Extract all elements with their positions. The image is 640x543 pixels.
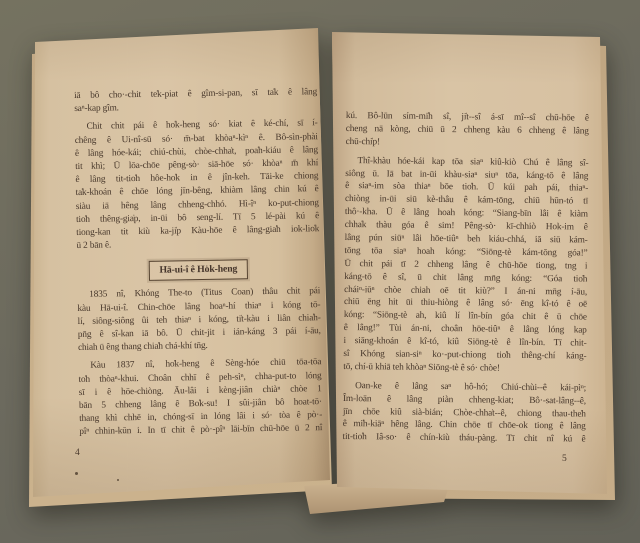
photo-background: iā bô cho·-chit te̍k-piat ê gîm-si-pan, … bbox=[0, 0, 640, 543]
right-page: kú. Bô-lūn sím-mi̍h sî, ji̍t--sî á-sī mî… bbox=[316, 26, 618, 504]
paragraph: Oan-ke ê lâng saⁿ hô-hó; Chiú-chùi--ê ká… bbox=[342, 380, 586, 447]
text-line: pîⁿ chhin-kūn i. In tī chit ê pò·-pîⁿ lā… bbox=[79, 422, 322, 439]
paragraph: kú. Bô-lūn sím-mi̍h sî, ji̍t--sî á-sī mî… bbox=[346, 110, 589, 151]
text-line: saⁿ-kap gîm. bbox=[74, 99, 317, 116]
paragraph: iā bô cho·-chit te̍k-piat ê gîm-si-pan, … bbox=[74, 86, 317, 116]
left-page: iā bô cho·-chit te̍k-piat ê gîm-si-pan, … bbox=[28, 24, 334, 502]
open-book: iā bô cho·-chit te̍k-piat ê gîm-si-pan, … bbox=[0, 0, 640, 543]
text-line: tō, chí-ū khiā teh khòaⁿ Siōng-tè ê só· … bbox=[343, 361, 586, 376]
text-line: chiah ū êng thang chia̍h chá-khí tn̄g. bbox=[78, 338, 321, 355]
section-heading: Hā-ui-î ê Ho̍k-heng bbox=[77, 258, 320, 282]
text-line: tit-tio̍h Iâ-so· ê chín-kiù tháu-pàng. T… bbox=[342, 431, 585, 446]
section-heading-box: Hā-ui-î ê Ho̍k-heng bbox=[148, 260, 248, 282]
page-number-right: 5 bbox=[562, 454, 567, 464]
paragraph: Kàu 1837 nî, ho̍k-heng ê Sèng-hóe chiū t… bbox=[78, 357, 322, 440]
paper-speck bbox=[117, 479, 119, 481]
paper-speck bbox=[75, 472, 78, 475]
text-line: chū-chi̍p! bbox=[346, 136, 589, 151]
right-page-text: kú. Bô-lūn sím-mi̍h sî, ji̍t--sî á-sī mî… bbox=[342, 110, 589, 453]
text-line: cheng nā kòng, chiū ū 2 chheng kàu 6 chh… bbox=[346, 123, 589, 138]
paragraph: Thî-khàu hóe-kái kap tōa siaⁿ kiû-kiò Ch… bbox=[343, 155, 588, 377]
paragraph: Chit chit pái ê ho̍k-heng só· kiat ê ké-… bbox=[74, 118, 319, 254]
left-page-text: iā bô cho·-chit te̍k-piat ê gîm-si-pan, … bbox=[74, 86, 323, 444]
paragraph: 1835 nî, Khóng The-to (Titus Coan) thâu … bbox=[77, 286, 321, 356]
page-number-left: 4 bbox=[75, 448, 80, 458]
